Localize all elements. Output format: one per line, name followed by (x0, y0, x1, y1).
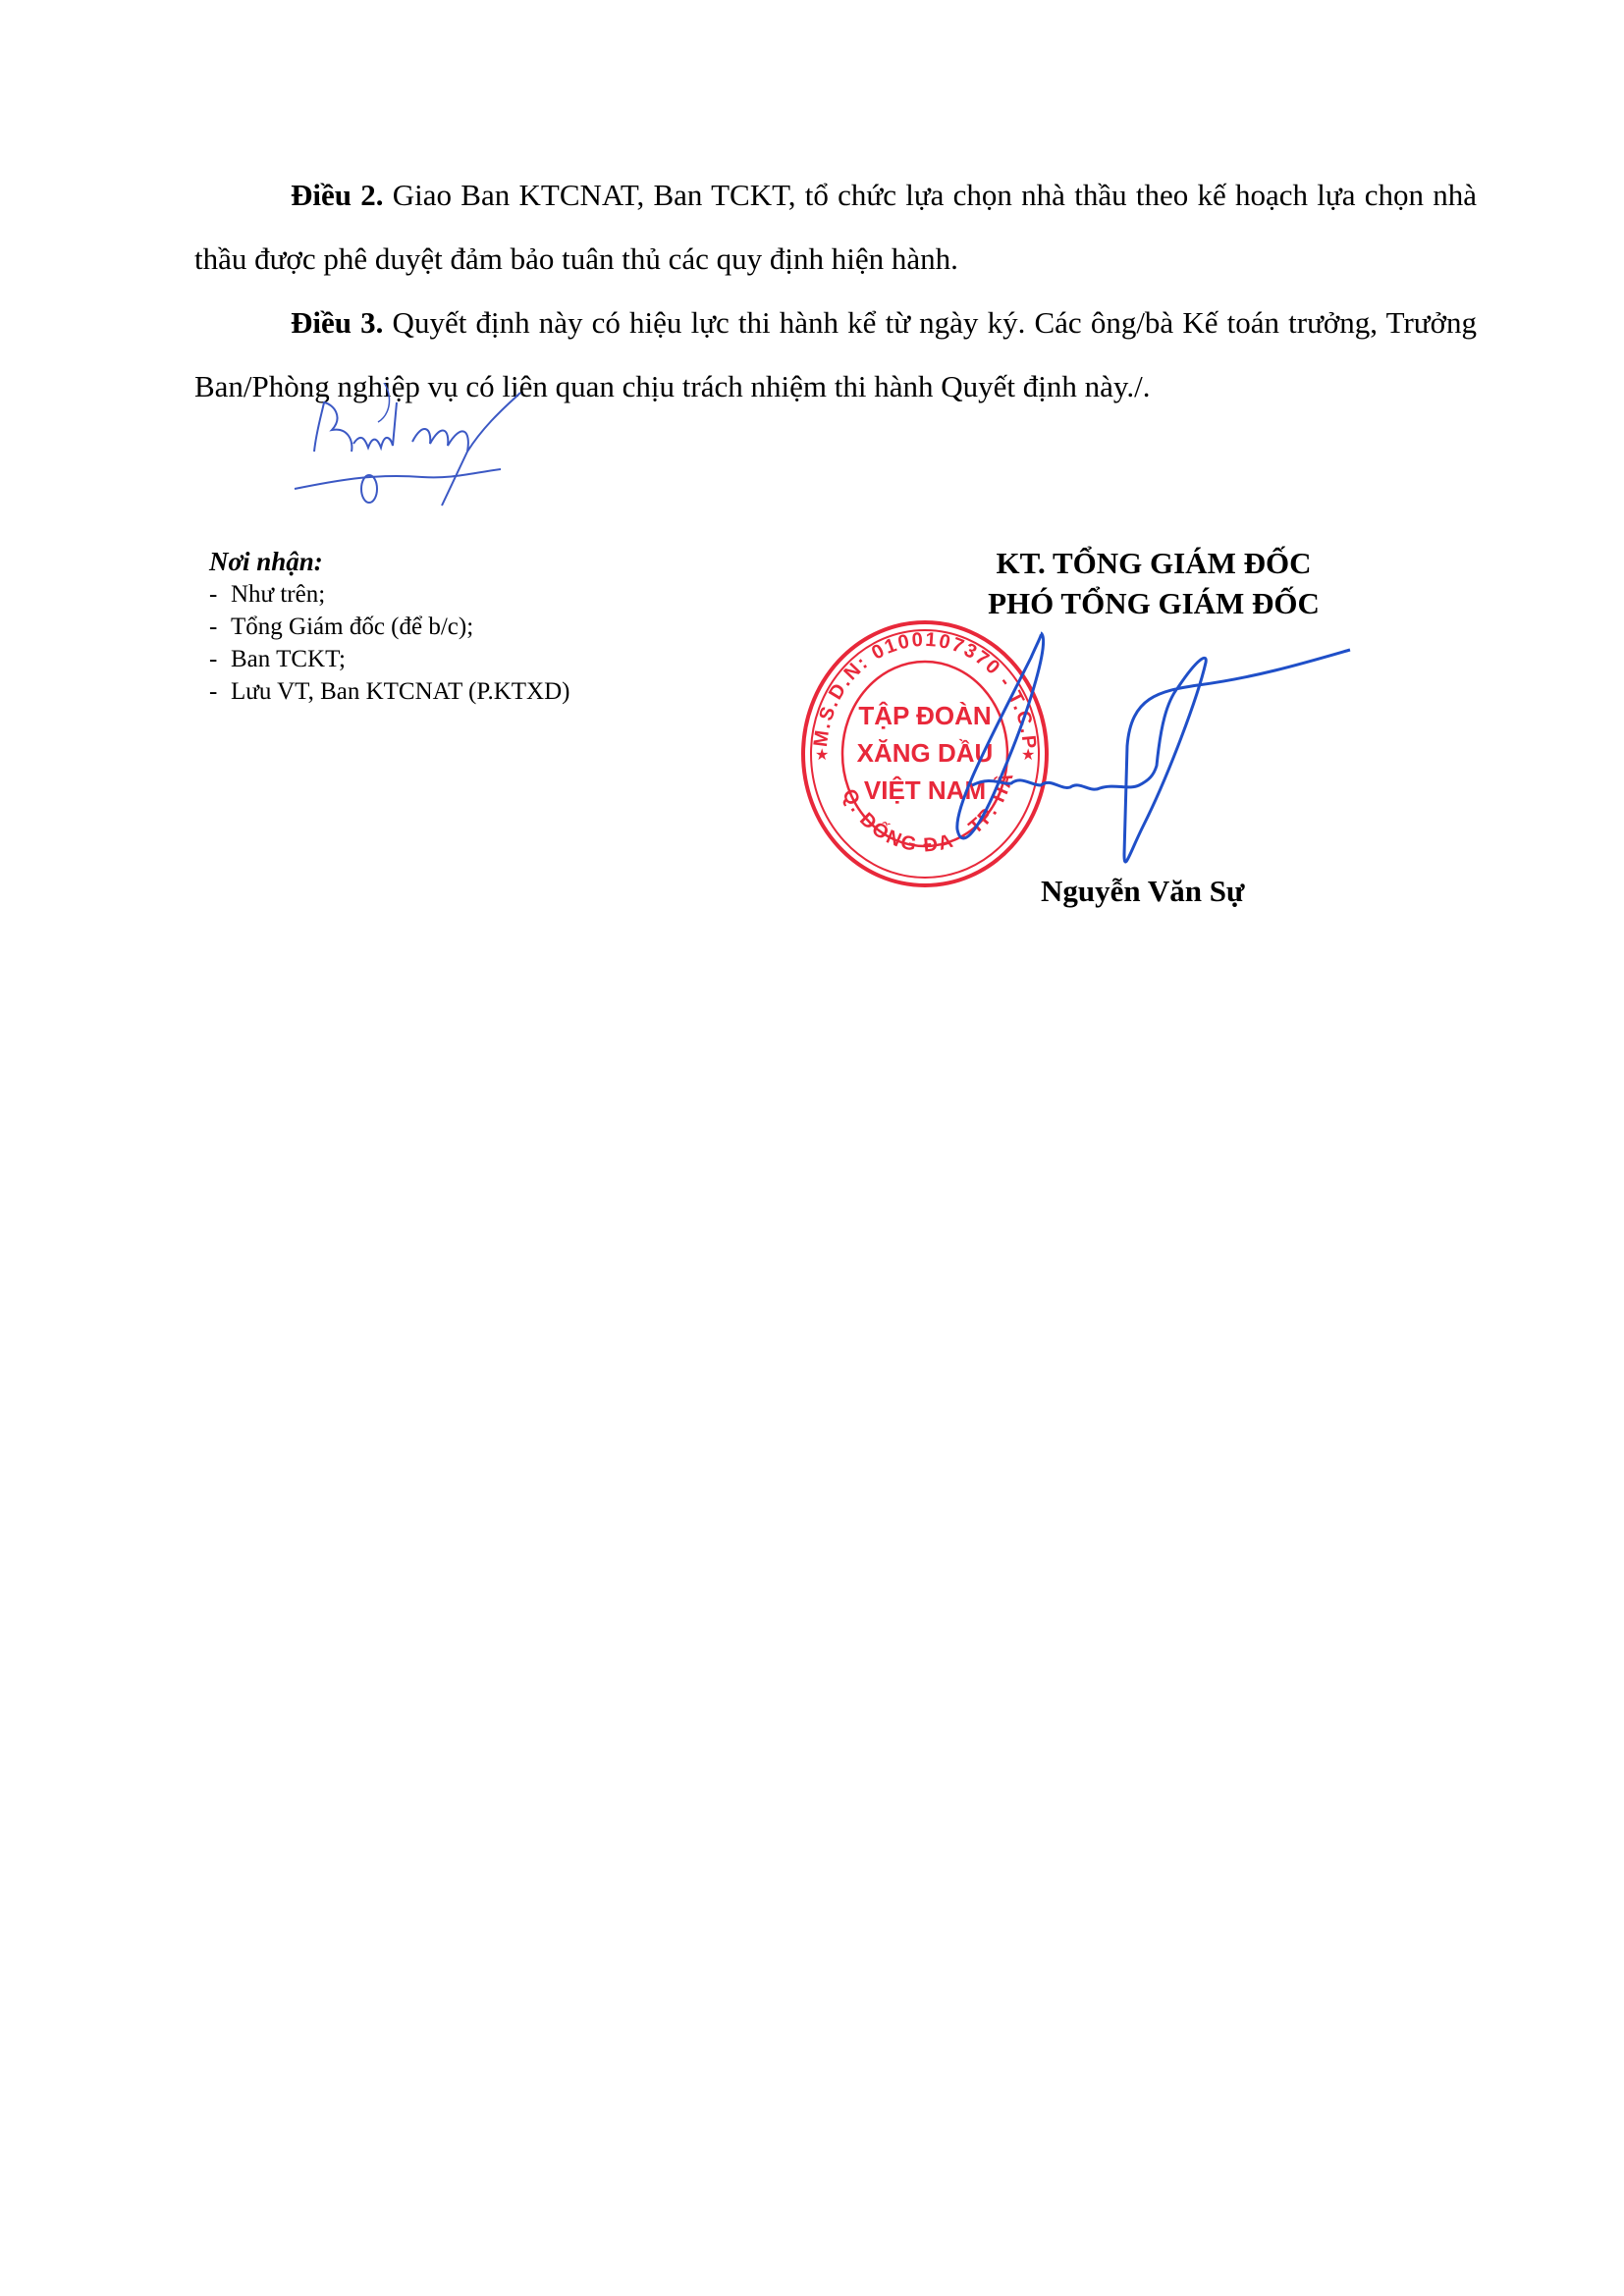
article-2-label: Điều 2. (291, 178, 384, 212)
signer-title-line1: KT. TỔNG GIÁM ĐỐC (943, 543, 1365, 583)
recipient-item: -Ban TCKT; (209, 643, 569, 675)
recipient-item: -Lưu VT, Ban KTCNAT (P.KTXD) (209, 675, 569, 708)
signer-name: Nguyễn Văn Sự (1041, 874, 1245, 909)
article-3-label: Điều 3. (291, 305, 383, 340)
handwritten-signature-icon (903, 628, 1355, 883)
signer-title-block: KT. TỔNG GIÁM ĐỐC PHÓ TỔNG GIÁM ĐỐC (943, 543, 1365, 623)
recipient-item: -Như trên; (209, 578, 569, 611)
article-2: Điều 2. Giao Ban KTCNAT, Ban TCKT, tổ ch… (194, 163, 1477, 291)
initials-signature-icon (275, 383, 550, 510)
article-2-text: Giao Ban KTCNAT, Ban TCKT, tổ chức lựa c… (194, 178, 1477, 276)
recipients-title: Nơi nhận: (209, 546, 569, 578)
svg-text:★: ★ (815, 747, 829, 764)
recipient-item: -Tổng Giám đốc (để b/c); (209, 611, 569, 643)
recipients-list: Nơi nhận: -Như trên; -Tổng Giám đốc (để … (209, 546, 569, 708)
